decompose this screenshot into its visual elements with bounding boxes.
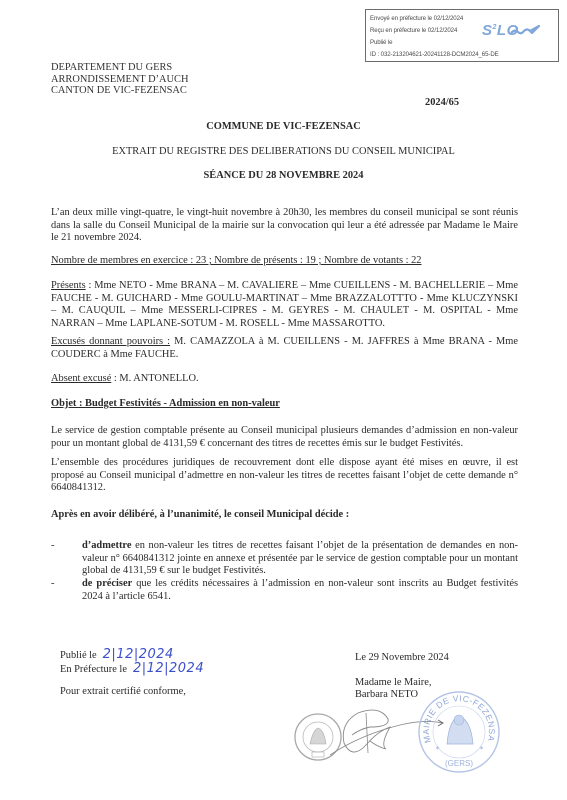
paragraph-procedures: L’ensemble des procédures juridiques de … [51,457,518,495]
deliberation-reference: 2024/65 [425,97,459,108]
absent-members: Absent excusé : M. ANTONELLO. [51,373,518,386]
prefecture-line: En Préfecture le2|12|2024 [60,662,204,676]
stamp-published: Publié le [370,37,558,49]
slo-logo-s: S [482,22,493,39]
prefecture-handwritten-date: 2|12|2024 [133,661,204,676]
stamp-id: ID : 032-213204621-20241128-DCM2024_65-D… [370,49,558,61]
bullet-dash: - [51,578,82,603]
member-counts: Nombre de membres en exercice : 23 ; Nom… [51,255,518,268]
prefecture-label: En Préfecture le [60,664,127,675]
town-hall-seal-icon: MAIRIE DE VIC-FEZENSAC ✶ ✶ (GERS) [417,690,501,774]
member-counts-text: Nombre de membres en exercice : 23 ; Nom… [51,255,422,266]
present-label: Présents [51,280,86,291]
publication-info: Publié le2|12|2024 En Préfecture le2|12|… [60,648,204,698]
paragraph-service-request: Le service de gestion comptable présente… [51,425,518,450]
slo-swoosh-icon [510,24,540,38]
header-canton: CANTON DE VIC-FEZENSAC [51,85,189,97]
subject-line: Objet : Budget Festivités - Admission en… [51,398,518,411]
signature-date: Le 29 Novembre 2024 [355,652,449,665]
seal-bottom-text: (GERS) [445,759,473,768]
svg-text:✶: ✶ [435,745,440,752]
svg-text:✶: ✶ [479,745,484,752]
signatory-title: Madame le Maire, [355,677,449,690]
published-line: Publié le2|12|2024 [60,648,204,662]
absent-list: : M. ANTONELLO. [111,373,198,384]
present-members: Présents : Mme NETO - Mme BRANA – M. CAV… [51,280,518,331]
decision-verb: d’admettre [82,540,131,551]
absent-label: Absent excusé [51,373,111,384]
bullet-dash: - [51,540,82,578]
intro-paragraph: L’an deux mille vingt-quatre, le vingt-h… [51,207,518,245]
proxy-members: Excusés donnant pouvoirs : M. CAMAZZOLA … [51,336,518,361]
proxy-label: Excusés donnant pouvoirs : [51,336,170,347]
decision-body: en non-valeur les titres de recettes fai… [82,540,518,576]
published-label: Publié le [60,650,97,661]
published-handwritten-date: 2|12|2024 [103,647,174,662]
commune-title: COMMUNE DE VIC-FEZENSAC [0,121,567,132]
decision-body: que les crédits nécessaires à l’admissio… [82,578,518,602]
decision-text: de préciser que les crédits nécessaires … [82,578,518,603]
session-title: SÉANCE DU 28 NOVEMBRE 2024 [0,170,567,181]
extract-title: EXTRAIT DU REGISTRE DES DELIBERATIONS DU… [0,146,567,157]
decision-item: - de préciser que les crédits nécessaire… [51,578,518,603]
decision-verb: de préciser [82,578,132,589]
present-list: : Mme NETO - Mme BRANA – M. CAVALIERE – … [51,280,518,329]
decision-list: - d’admettre en non-valeur les titres de… [51,540,518,604]
decision-item: - d’admettre en non-valeur les titres de… [51,540,518,578]
header-department: DEPARTEMENT DU GERS [51,62,189,74]
decision-text: d’admettre en non-valeur les titres de r… [82,540,518,578]
certified-line: Pour extrait certifié conforme, [60,685,204,698]
subject-text: Objet : Budget Festivités - Admission en… [51,398,280,409]
administrative-header: DEPARTEMENT DU GERS ARRONDISSEMENT D’AUC… [51,62,189,97]
decision-intro: Après en avoir délibéré, à l’unanimité, … [51,509,518,522]
header-arrondissement: ARRONDISSEMENT D’AUCH [51,74,189,86]
